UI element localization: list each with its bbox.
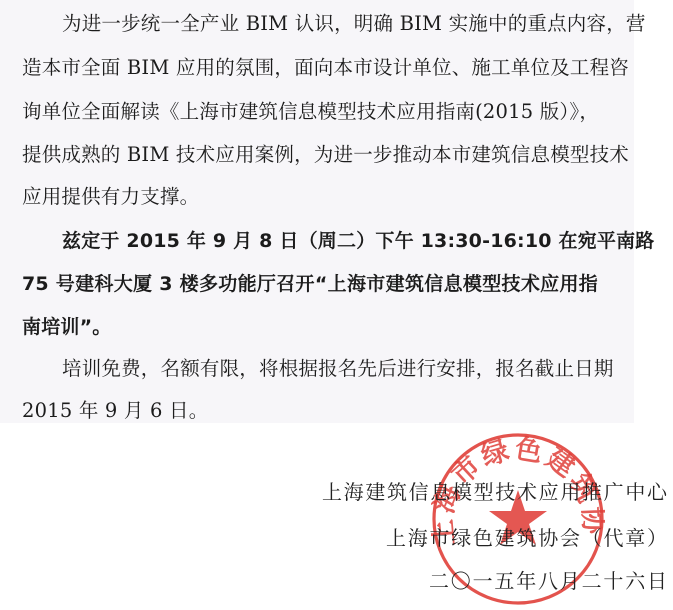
signature-organization-1: 上海建筑信息模型技术应用推广中心 <box>322 479 668 505</box>
paragraph-registration-line-1: 培训免费，名额有限，将根据报名先后进行安排，报名截止日期 <box>62 356 598 382</box>
paragraph-schedule-line-2: 75 号建科大厦 3 楼多功能厅召开“上海市建筑信息模型技术应用指 <box>22 271 598 297</box>
paragraph-intro-line-5: 应用提供有力支撑。 <box>22 184 598 210</box>
paragraph-intro-line-4: 提供成熟的 BIM 技术应用案例，为进一步推动本市建筑信息模型技术 <box>22 142 598 168</box>
signature-organization-2: 上海市绿色建筑协会（代章） <box>386 525 668 551</box>
paragraph-intro-line-2: 造本市全面 BIM 应用的氛围，面向本市设计单位、施工单位及工程咨 <box>22 55 598 81</box>
paragraph-registration-line-2: 2015 年 9 月 6 日。 <box>22 398 598 424</box>
paragraph-intro-line-1: 为进一步统一全产业 BIM 认识，明确 BIM 实施中的重点内容，营 <box>62 11 598 37</box>
notice-body: 为进一步统一全产业 BIM 认识，明确 BIM 实施中的重点内容，营 造本市全面… <box>0 0 634 423</box>
signature-date: 二〇一五年八月二十六日 <box>429 568 668 594</box>
watermark-smudge <box>560 590 620 606</box>
paragraph-intro-line-3: 询单位全面解读《上海市建筑信息模型技术应用指南(2015 版）》， <box>22 99 598 125</box>
paragraph-schedule-line-3: 南培训”。 <box>22 314 598 340</box>
paragraph-schedule-line-1: 兹定于 2015 年 9 月 8 日（周二）下午 13:30-16:10 在宛平… <box>62 228 598 254</box>
